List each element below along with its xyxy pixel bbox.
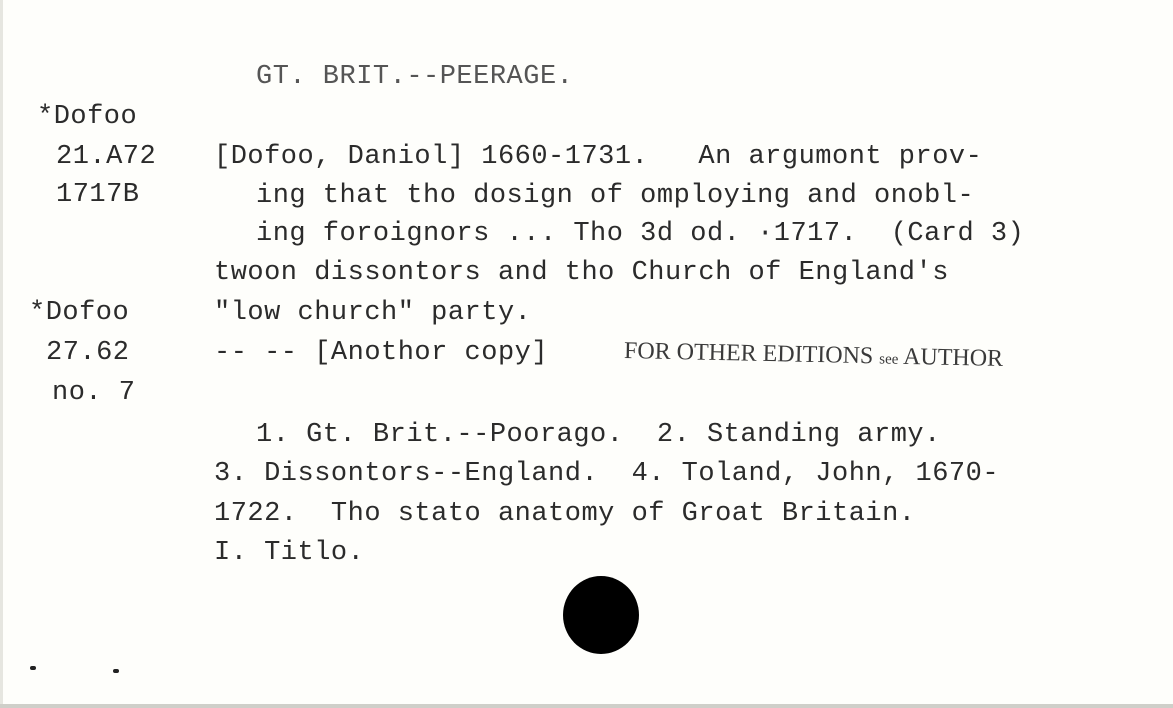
entry-line: "low church" party. (214, 298, 531, 328)
other-editions-stamp: FOR OTHER EDITIONS see AUTHOR (624, 338, 1004, 373)
ink-speck (113, 669, 119, 673)
stamp-text-1: FOR OTHER EDITIONS (624, 338, 880, 369)
entry-line: twoon dissontors and tho Church of Engla… (214, 258, 949, 288)
call-number-1-line2: 21.A72 (56, 142, 156, 172)
punch-hole (563, 576, 639, 654)
tracing-line: 1722. Tho stato anatomy of Groat Britain… (214, 499, 916, 529)
subject-heading: GT. BRIT.--PEERAGE. (256, 62, 573, 92)
entry-line: [Dofoo, Daniol] 1660-1731. An argumont p… (214, 142, 982, 172)
call-number-2-line2: 27.62 (46, 338, 130, 368)
tracing-line: 1. Gt. Brit.--Poorago. 2. Standing army. (256, 420, 941, 450)
call-number-1-line1: *Dofoo (37, 102, 137, 132)
tracing-line: 3. Dissontors--England. 4. Toland, John,… (214, 459, 999, 489)
tracing-line: I. Titlo. (214, 538, 364, 568)
stamp-text-3: AUTHOR (898, 344, 1003, 372)
call-number-1-line3: 1717B (56, 180, 140, 210)
ink-speck (30, 666, 36, 670)
stamp-text-2: see (879, 351, 898, 367)
entry-line: -- -- [Anothor copy] (214, 338, 548, 368)
call-number-2-line1: *Dofoo (29, 298, 129, 328)
call-number-2-line3: no. 7 (52, 378, 136, 408)
entry-line: ing foroignors ... Tho 3d od. ·1717. (Ca… (256, 219, 1024, 249)
catalog-card: GT. BRIT.--PEERAGE. *Dofoo 21.A72 1717B … (0, 0, 1173, 708)
entry-line: ing that tho dosign of omploying and ono… (256, 181, 974, 211)
